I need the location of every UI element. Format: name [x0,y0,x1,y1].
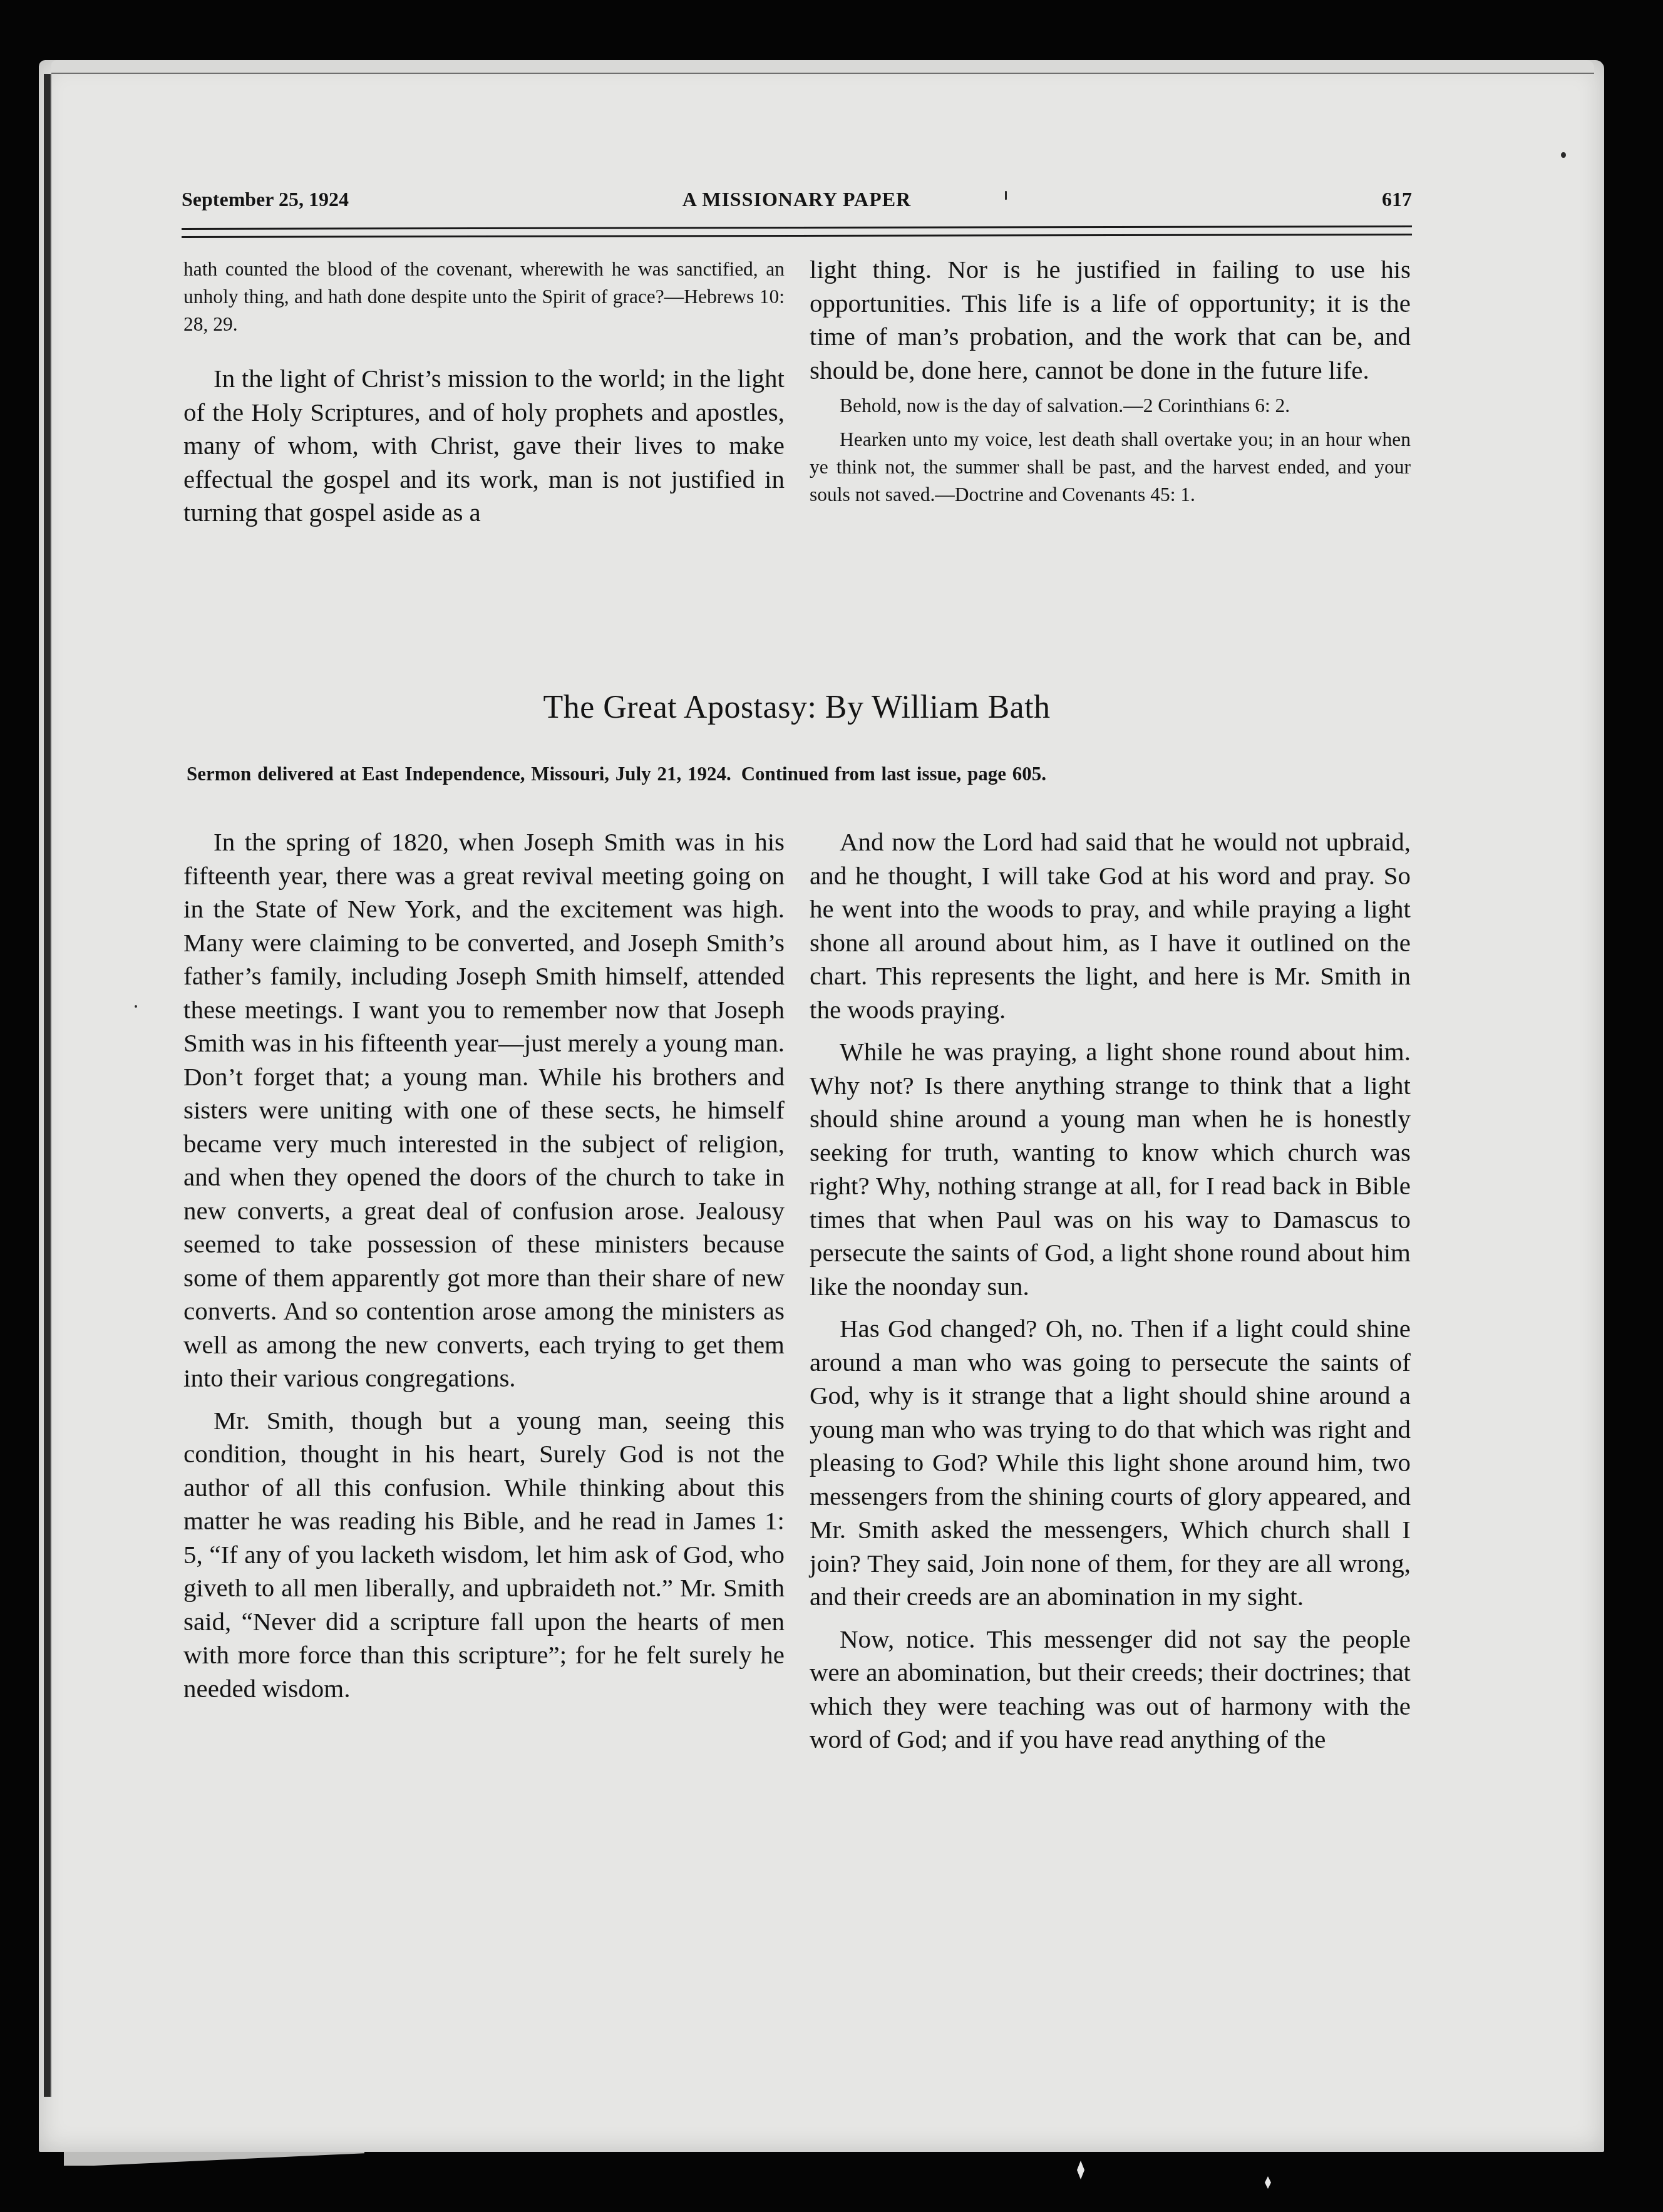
article-title: The Great Apostasy: By William Bath [182,689,1412,726]
header-page-number: 617 [1382,188,1412,211]
article-right-column: And now the Lord had said that he would … [810,825,1411,1757]
scripture-quote-continuation: hath counted the blood of the covenant, … [183,256,785,338]
continuation-note: Continued from last issue, page 605. [741,763,1046,785]
article-left-column: In the spring of 1820, when Joseph Smith… [183,825,785,1705]
sermon-delivery-note: Sermon delivered at East Independence, M… [187,763,731,785]
article-subtitle: Sermon delivered at East Independence, M… [187,763,1426,785]
top-right-column: light thing. Nor is he justified in fail… [810,253,1411,509]
article-paragraph: Has God changed? Oh, no. Then if a light… [810,1312,1411,1614]
running-header: September 25, 1924 A MISSIONARY PAPER 61… [182,188,1412,213]
film-edge-mark [1077,2161,1084,2179]
top-left-column: hath counted the blood of the covenant, … [183,256,785,530]
scan-speck [1005,191,1007,200]
scan-speck [135,1005,137,1008]
page-top-edge [51,60,1594,74]
body-paragraph: light thing. Nor is he justified in fail… [810,253,1411,387]
film-edge-mark [1265,2176,1271,2189]
page-binding-edge [44,74,51,2097]
scan-speck [1561,152,1566,158]
page-bottom-fold [64,2152,364,2166]
scripture-quote: Behold, now is the day of salvation.—2 C… [810,392,1411,420]
article-paragraph: Now, notice. This messenger did not say … [810,1623,1411,1757]
article-paragraph: While he was praying, a light shone roun… [810,1035,1411,1303]
body-paragraph: In the light of Christ’s mission to the … [183,362,785,530]
header-date: September 25, 1924 [182,188,349,211]
scripture-quote: Hearken unto my voice, lest death shall … [810,426,1411,509]
article-paragraph: And now the Lord had said that he would … [810,825,1411,1026]
article-paragraph: In the spring of 1820, when Joseph Smith… [183,825,785,1395]
header-publication-title: A MISSIONARY PAPER [182,188,1412,211]
article-paragraph: Mr. Smith, though but a young man, seein… [183,1404,785,1706]
